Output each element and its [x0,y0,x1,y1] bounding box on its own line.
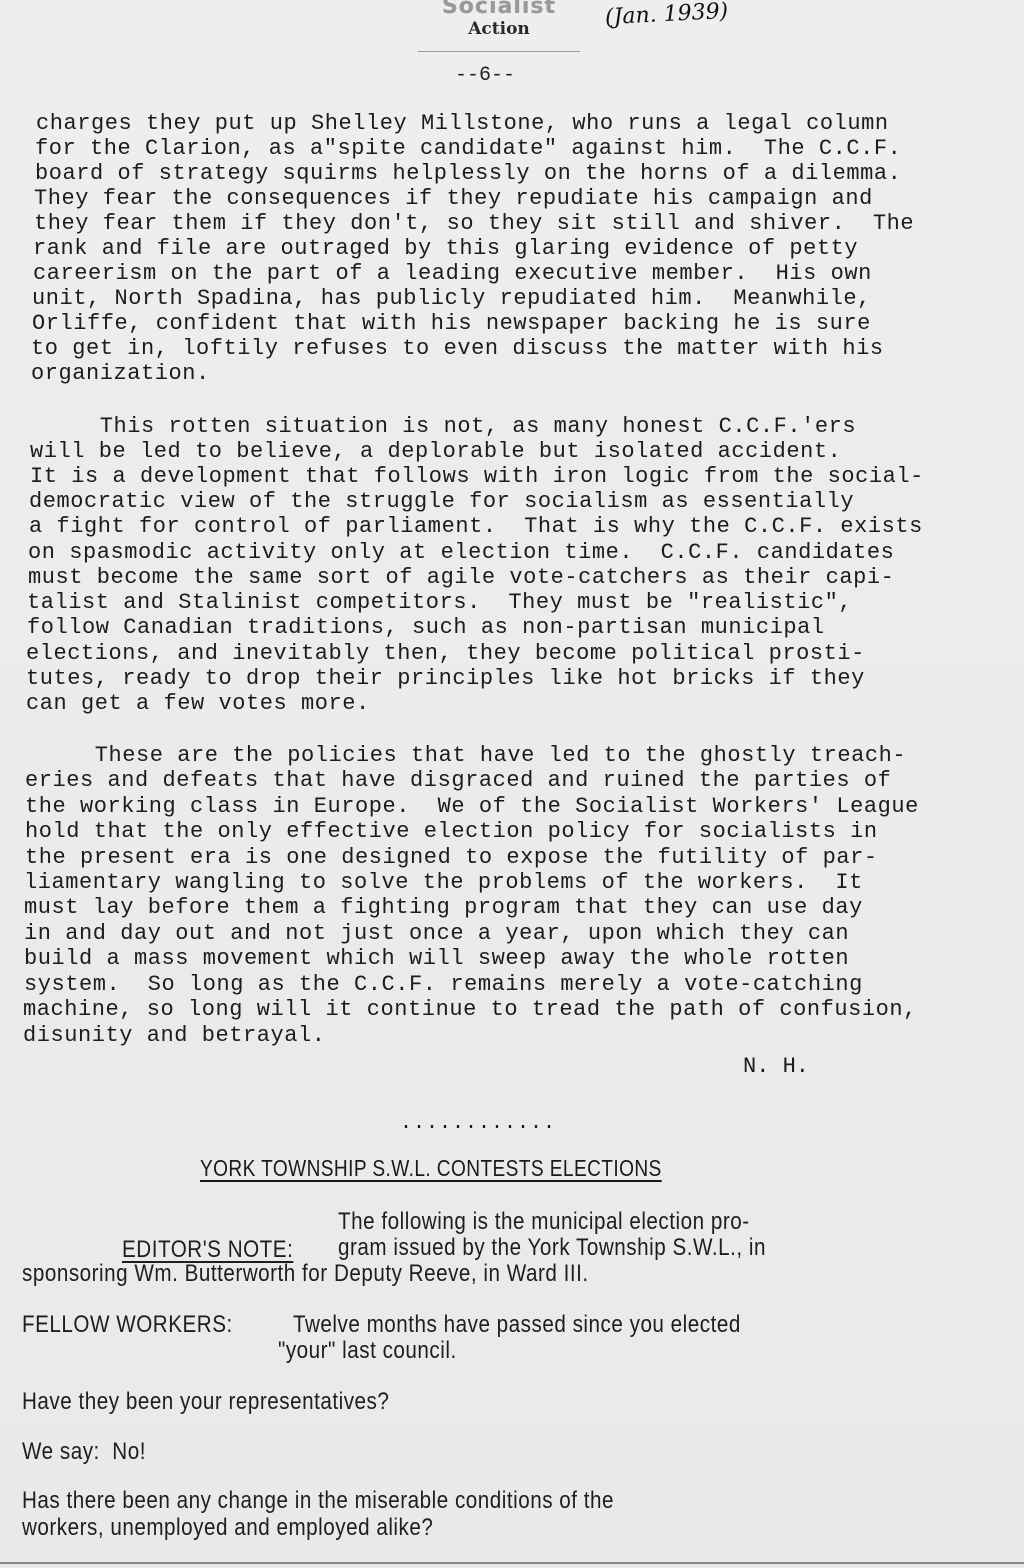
text-line: for the Clarion, as a"spite candidate" a… [35,136,901,161]
page-edge [0,1562,1024,1564]
text-line: must lay before them a fighting program … [24,895,863,920]
question-line: Has there been any change in the miserab… [22,1487,614,1515]
text-line: system. So long as the C.C.F. remains me… [24,972,863,997]
masthead-rule [418,51,580,52]
text-line: elections, and inevitably then, they bec… [26,641,865,666]
fellow-workers-line: Twelve months have passed since you elec… [293,1311,741,1339]
text-line: the present era is one designed to expos… [25,845,878,870]
question-line: workers, unemployed and employed alike? [22,1514,433,1542]
text-line: talist and Stalinist competitors. They m… [27,590,852,615]
text-line: rank and file are outraged by this glari… [33,236,858,261]
answer-line: We say: No! [22,1438,146,1466]
text-line: will be led to believe, a deplorable but… [30,439,841,464]
text-line: They fear the consequences if they repud… [34,186,873,211]
editors-note-line: gram issued by the York Township S.W.L.,… [338,1234,766,1262]
text-line: eries and defeats that have disgraced an… [25,768,891,793]
page-number: --6-- [455,64,515,87]
text-line: It is a development that follows with ir… [30,464,924,489]
author-signature: N. H. [743,1054,809,1079]
text-line: tutes, ready to drop their principles li… [26,666,865,691]
editors-note-line: The following is the municipal election … [338,1208,750,1236]
text-line: liamentary wangling to solve the problem… [24,870,863,895]
text-line: must become the same sort of agile vote-… [28,565,894,590]
fellow-workers-line: "your" last council. [278,1337,457,1365]
section-separator: ............ [400,1112,556,1135]
text-line: in and day out and not just once a year,… [24,921,849,946]
text-line: Orliffe, confident that with his newspap… [32,311,871,336]
editors-note-label-text: EDITOR'S NOTE: [122,1236,293,1263]
text-line: These are the policies that have led to … [26,743,906,768]
text-line: disunity and betrayal. [23,1023,326,1048]
masthead: Socialist Action [418,0,580,54]
text-line: charges they put up Shelley Millstone, w… [36,111,889,136]
text-line: follow Canadian traditions, such as non-… [27,615,825,640]
text-line: the working class in Europe. We of the S… [25,794,919,819]
text-line: board of strategy squirms helplessly on … [35,161,901,186]
editors-note-line: sponsoring Wm. Butterworth for Deputy Re… [22,1260,589,1288]
text-line: hold that the only effective election po… [25,819,878,844]
text-line: build a mass movement which will sweep a… [24,946,849,971]
text-line: on spasmodic activity only at election t… [28,540,894,565]
masthead-title: Socialist [418,0,580,18]
document-page: Socialist Action (Jan. 1939) --6-- charg… [0,0,1024,1568]
masthead-subtitle: Action [418,18,580,40]
text-line: democratic view of the struggle for soci… [29,489,854,514]
text-line: can get a few votes more. [26,691,370,716]
question-line: Have they been your representatives? [22,1388,389,1416]
text-line: organization. [31,361,210,386]
handwritten-date: (Jan. 1939) [604,0,728,30]
text-line: unit, North Spadina, has publicly repudi… [32,286,871,311]
text-line: machine, so long will it continue to tre… [23,997,917,1022]
fellow-workers-label: FELLOW WORKERS: [22,1311,233,1339]
text-line: to get in, loftily refuses to even discu… [31,336,884,361]
text-line: they fear them if they don't, so they si… [34,211,914,236]
text-line: This rotten situation is not, as many ho… [31,414,856,439]
text-line: careerism on the part of a leading execu… [33,261,872,286]
section-heading: YORK TOWNSHIP S.W.L. CONTESTS ELECTIONS [200,1155,662,1182]
text-line: a fight for control of parliament. That … [29,514,923,539]
